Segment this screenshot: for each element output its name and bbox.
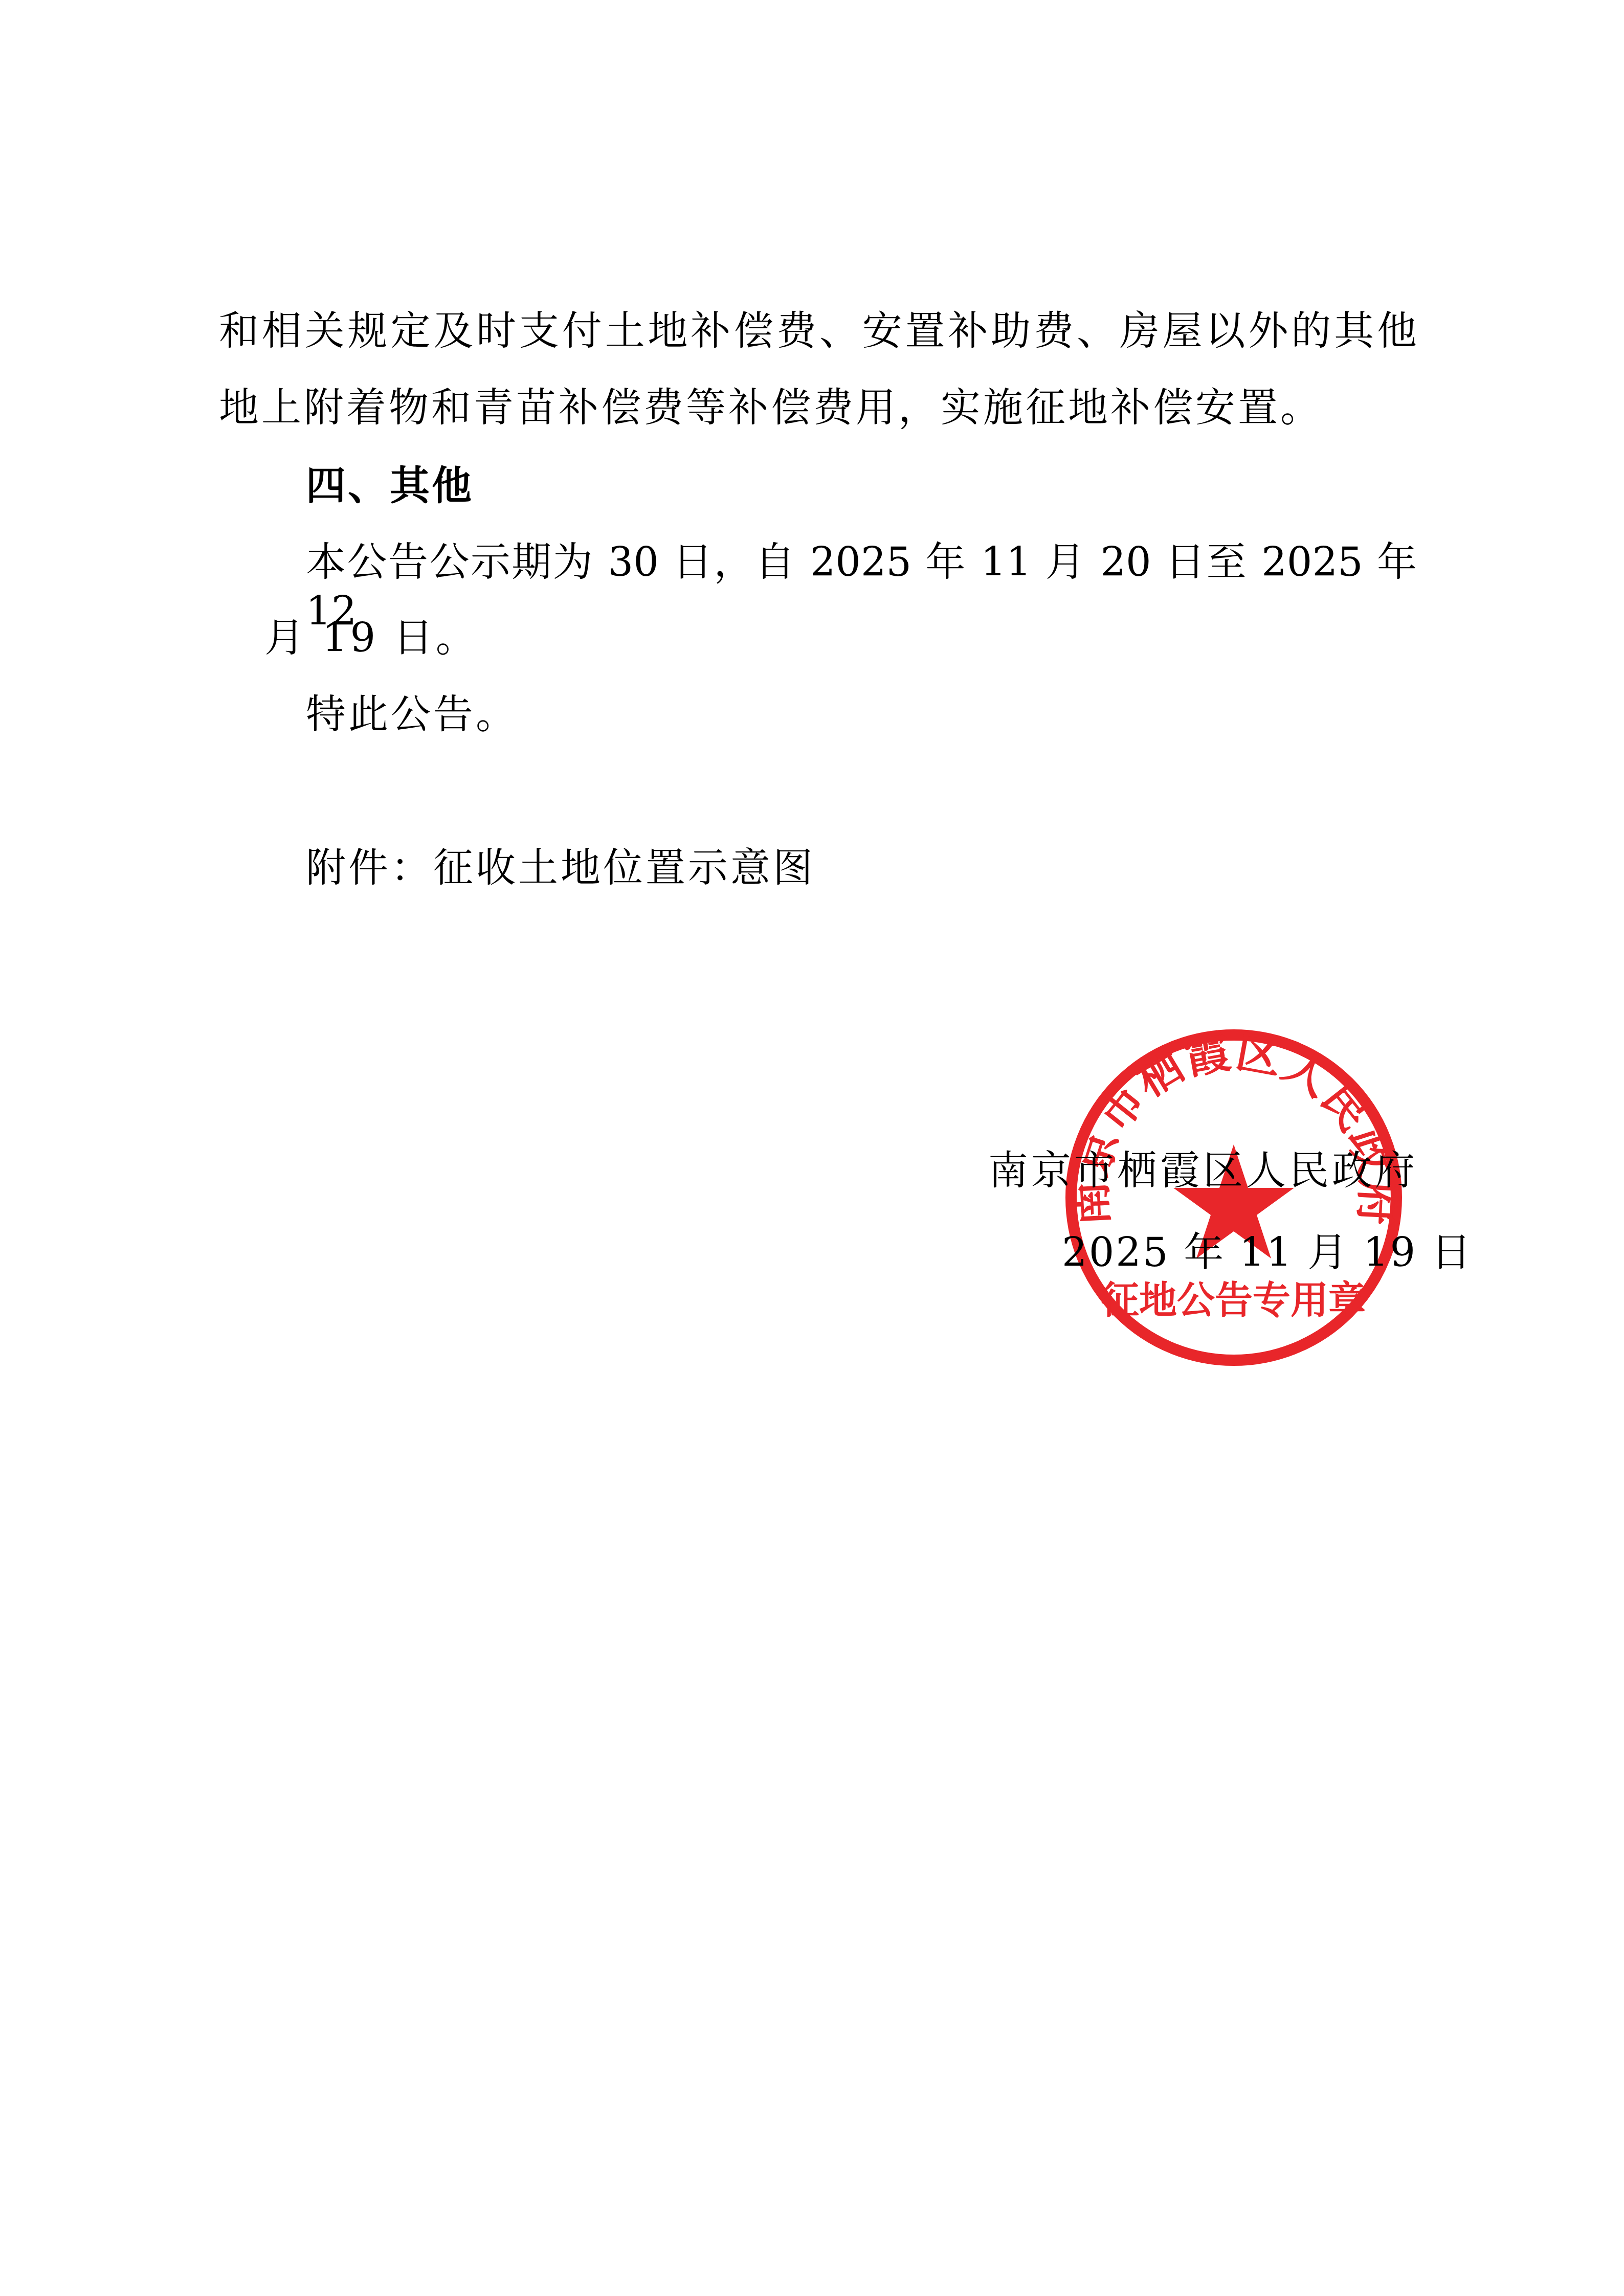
issuer-signature: 南京市栖霞区人民政府 xyxy=(988,1146,1418,1196)
section-heading-other: 四、其他 xyxy=(306,462,474,511)
seal-graphic: 南京市栖霞区人民政府 征地公告专用章 xyxy=(1063,1027,1405,1368)
compensation-paragraph-line-1: 和相关规定及时支付土地补偿费、安置补助费、房屋以外的其他 xyxy=(219,307,1417,356)
publicity-period-line-2: 月 19 日。 xyxy=(264,614,478,663)
seal-bottom-text: 征地公告专用章 xyxy=(1101,1278,1366,1322)
attachment-link[interactable]: 附件：征收土地位置示意图 xyxy=(306,844,815,893)
closing-statement: 特此公告。 xyxy=(306,690,518,739)
document-page: 和相关规定及时支付土地补偿费、安置补助费、房屋以外的其他 地上附着物和青苗补偿费… xyxy=(0,0,1624,2296)
official-seal: 南京市栖霞区人民政府 征地公告专用章 xyxy=(1063,1027,1405,1368)
issue-date: 2025 年 11 月 19 日 xyxy=(1062,1228,1473,1277)
compensation-paragraph-line-2: 地上附着物和青苗补偿费等补偿费用，实施征地补偿安置。 xyxy=(219,384,1323,433)
